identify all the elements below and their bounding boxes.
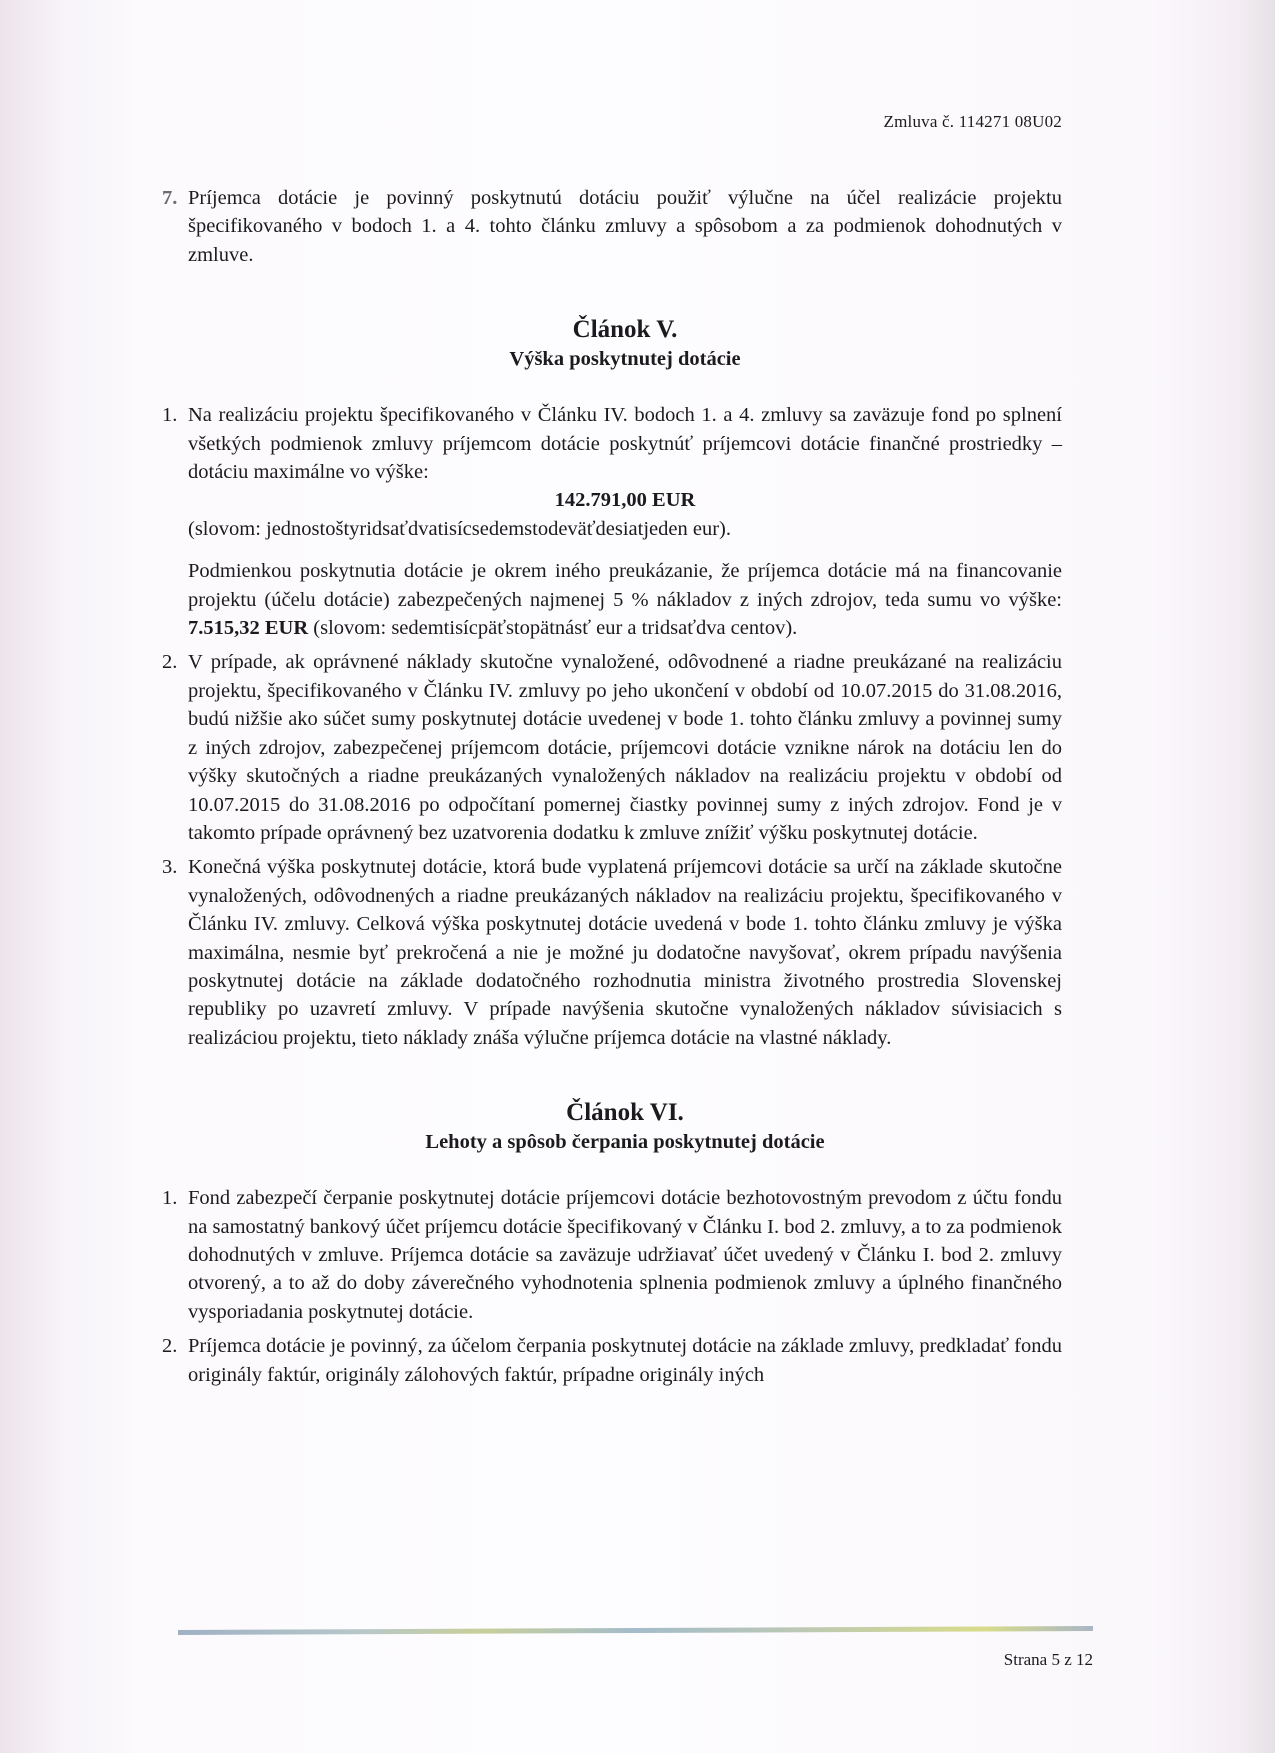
article-vi-item-1: 1. Fond zabezpečí čerpanie poskytnutej d… xyxy=(188,1184,1062,1326)
intro-item-7: 7. Príjemca dotácie je povinný poskytnut… xyxy=(188,184,1062,269)
contract-reference: Zmluva č. 114271 08U02 xyxy=(884,112,1062,132)
article-v-item-2: 2. V prípade, ak oprávnené náklady skuto… xyxy=(188,648,1062,847)
article-vi-subtitle: Lehoty a spôsob čerpania poskytnutej dot… xyxy=(188,1128,1062,1156)
item-text: Príjemca dotácie je povinný, za účelom č… xyxy=(188,1332,1062,1389)
item-number: 7. xyxy=(162,184,177,212)
article-vi-item-2: 2. Príjemca dotácie je povinný, za účelo… xyxy=(188,1332,1062,1389)
co-financing-paragraph: Podmienkou poskytnutia dotácie je okrem … xyxy=(188,557,1062,642)
item-text: Na realizáciu projektu špecifikovaného v… xyxy=(188,401,1062,486)
item-text: V prípade, ak oprávnené náklady skutočne… xyxy=(188,648,1062,847)
article-vi-title: Článok VI. xyxy=(188,1098,1062,1128)
document-body: 7. Príjemca dotácie je povinný poskytnut… xyxy=(188,184,1062,1389)
item-number: 1. xyxy=(162,401,177,429)
item-text: Príjemca dotácie je povinný poskytnutú d… xyxy=(188,184,1062,269)
article-v-subtitle: Výška poskytnutej dotácie xyxy=(188,345,1062,373)
amount-in-words: (slovom: jednostoštyridsaťdvatisícsedems… xyxy=(188,515,1062,543)
article-v-item-1: 1. Na realizáciu projektu špecifikovanéh… xyxy=(188,401,1062,642)
article-v-item-3: 3. Konečná výška poskytnutej dotácie, kt… xyxy=(188,853,1062,1052)
co-financing-text: Podmienkou poskytnutia dotácie je okrem … xyxy=(188,560,1062,610)
co-financing-amount: 7.515,32 EUR xyxy=(188,617,308,639)
page-number: Strana 5 z 12 xyxy=(1004,1650,1093,1670)
item-number: 3. xyxy=(162,853,177,881)
item-text: Konečná výška poskytnutej dotácie, ktorá… xyxy=(188,853,1062,1052)
article-v-heading: Článok V. Výška poskytnutej dotácie xyxy=(188,315,1062,373)
item-number: 2. xyxy=(162,1332,177,1360)
item-number: 1. xyxy=(162,1184,177,1212)
item-number: 2. xyxy=(162,648,177,676)
article-v-title: Článok V. xyxy=(188,315,1062,345)
scan-edge xyxy=(1238,0,1275,1753)
article-vi-heading: Článok VI. Lehoty a spôsob čerpania posk… xyxy=(188,1098,1062,1156)
subsidy-amount: 142.791,00 EUR xyxy=(188,486,1062,514)
co-financing-words: (slovom: sedemtisícpäťstopätnásť eur a t… xyxy=(313,617,797,639)
item-text: Fond zabezpečí čerpanie poskytnutej dotá… xyxy=(188,1184,1062,1326)
